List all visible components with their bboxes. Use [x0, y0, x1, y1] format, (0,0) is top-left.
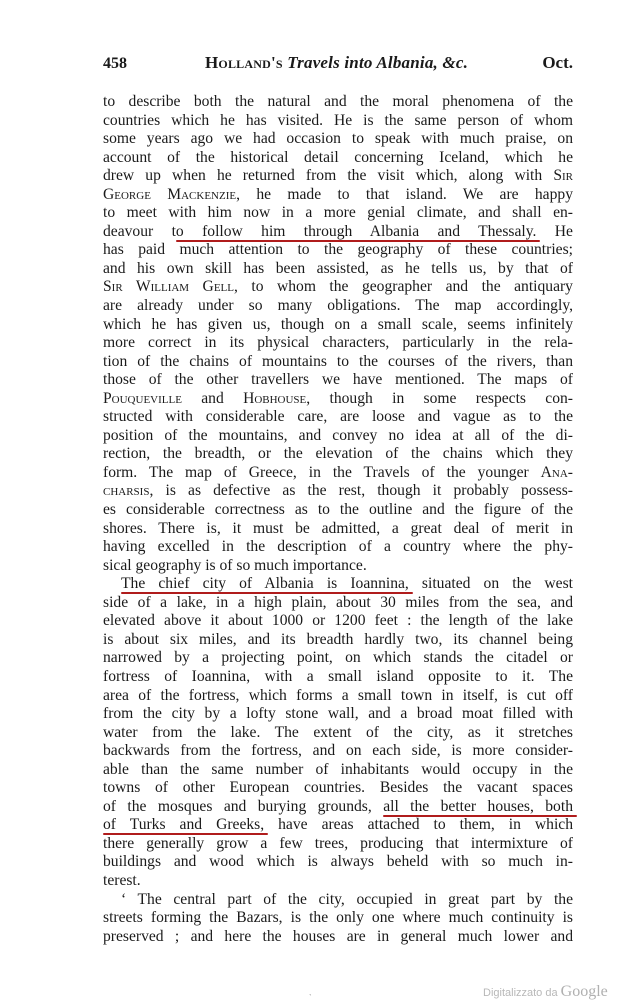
book-page: 458 Holland's Travels into Albania, &c. … [0, 0, 622, 1006]
text-segment: rection, the breadth, or the elevation o… [103, 445, 573, 462]
text-segment: has paid much attention to the geography… [103, 241, 573, 258]
text-segment: preserved ; and here the houses are in g… [103, 928, 573, 945]
text-segment: form. The map of Greece, in the Travels … [103, 464, 541, 481]
text-segment: of the mosques and burying grounds, [103, 798, 383, 815]
text-segment: countries which he has visited. He is th… [103, 112, 573, 129]
text-segment: towns of other European countries. Besid… [103, 779, 573, 796]
text-segment: terest. [103, 872, 141, 889]
text-segment: and his own skill has been assisted, as … [103, 260, 573, 277]
text-line: es considerable correctness as to the ou… [103, 501, 573, 520]
text-segment: He [536, 223, 573, 240]
text-segment: , to whom the geographer and the antiqua… [234, 278, 573, 295]
text-segment: ‘ The central part of the city, occupied… [121, 891, 573, 908]
text-segment: sical geography is of so much importance… [103, 557, 367, 574]
digitization-watermark: Digitalizzato da Google [483, 983, 608, 1001]
text-line: backwards from the fortress, and on each… [103, 742, 573, 761]
text-segment: situated on the west [409, 575, 573, 592]
highlighted-passage: The chief city of Albania is Ioannina, [121, 575, 409, 592]
text-line: deavour to follow him through Albania an… [103, 223, 573, 242]
running-title-author: Holland's [205, 53, 287, 72]
google-logo-text: Google [561, 983, 608, 1000]
text-segment: are already under so many obligations. T… [103, 297, 573, 314]
text-segment: structed with considerable care, are loo… [103, 408, 573, 425]
text-line: narrowed by a projecting point, on which… [103, 649, 573, 668]
text-line: preserved ; and here the houses are in g… [103, 928, 573, 947]
small-caps-name: George Mackenzie [103, 186, 236, 203]
text-line: buildings and wood which is always behel… [103, 853, 573, 872]
text-segment: have areas attached to them, in which [264, 816, 573, 833]
small-caps-name: Sir William Gell [103, 278, 234, 295]
text-segment: having excelled in the description of a … [103, 538, 573, 555]
text-segment: buildings and wood which is always behel… [103, 853, 573, 870]
text-line: and his own skill has been assisted, as … [103, 260, 573, 279]
text-line: are already under so many obligations. T… [103, 297, 573, 316]
text-segment: to describe both the natural and the mor… [103, 93, 573, 110]
text-line: account of the historical detail concern… [103, 149, 573, 168]
text-line: terest. [103, 872, 573, 891]
text-line: position of the mountains, and convey no… [103, 427, 573, 446]
text-segment: es considerable correctness as to the ou… [103, 501, 573, 518]
text-line: is about six miles, and its breadth hard… [103, 631, 573, 650]
text-segment: tion of the chains of mountains to the c… [103, 353, 573, 370]
text-line: having excelled in the description of a … [103, 538, 573, 557]
body-text: to describe both the natural and the mor… [103, 93, 573, 946]
text-line: elevated above it about 1000 or 1200 fee… [103, 612, 573, 631]
text-segment: narrowed by a projecting point, on which… [103, 649, 573, 666]
text-line: to meet with him now in a more genial cl… [103, 204, 573, 223]
text-line: Sir William Gell, to whom the geographer… [103, 278, 573, 297]
text-line: some years ago we had occasion to speak … [103, 130, 573, 149]
text-line: tion of the chains of mountains to the c… [103, 353, 573, 372]
highlighted-passage: o follow him through Albania and Thessal… [176, 223, 537, 240]
text-line: area of the fortress, which forms a smal… [103, 687, 573, 706]
text-segment: elevated above it about 1000 or 1200 fee… [103, 612, 573, 629]
text-line: shores. There is, it must be admitted, a… [103, 520, 573, 539]
text-segment: shores. There is, it must be admitted, a… [103, 520, 573, 537]
text-segment: which he has given us, though on a small… [103, 316, 573, 333]
text-segment: backwards from the fortress, and on each… [103, 742, 573, 759]
text-line: there generally grow a few trees, produc… [103, 835, 573, 854]
text-segment: , is as defective as the rest, though it… [149, 482, 573, 499]
text-segment: and [182, 390, 243, 407]
text-segment: fortress of Ioannina, with a small islan… [103, 668, 573, 685]
text-segment: side of a lake, in a high plain, about 3… [103, 594, 573, 611]
text-segment: there generally grow a few trees, produc… [103, 835, 573, 852]
text-segment: position of the mountains, and convey no… [103, 427, 573, 444]
text-line: those of the other travellers we have me… [103, 371, 573, 390]
text-line: water from the lake. The extent of the c… [103, 724, 573, 743]
text-line: of Turks and Greeks, have areas attached… [103, 816, 573, 835]
text-segment: , he made to that island. We are happy [236, 186, 573, 203]
text-line: towns of other European countries. Besid… [103, 779, 573, 798]
text-line: able than the same number of inhabitants… [103, 761, 573, 780]
text-line: sical geography is of so much importance… [103, 557, 573, 576]
text-segment: those of the other travellers we have me… [103, 371, 573, 388]
text-segment: more correct in its physical characters,… [103, 334, 573, 351]
text-line: side of a lake, in a high plain, about 3… [103, 594, 573, 613]
running-month: Oct. [542, 53, 573, 73]
text-line: ‘ The central part of the city, occupied… [103, 891, 573, 910]
small-caps-name: Ana- [541, 464, 573, 481]
text-line: drew up when he returned from the visit … [103, 167, 573, 186]
text-line: rection, the breadth, or the elevation o… [103, 445, 573, 464]
text-line: charsis, is as defective as the rest, th… [103, 482, 573, 501]
text-segment: , though in some respects con- [306, 390, 573, 407]
text-line: George Mackenzie, he made to that island… [103, 186, 573, 205]
text-line: fortress of Ioannina, with a small islan… [103, 668, 573, 687]
text-segment: water from the lake. The extent of the c… [103, 724, 573, 741]
text-segment: streets forming the Bazars, is the only … [103, 909, 573, 926]
highlighted-passage: of Turks and Greeks, [103, 816, 264, 833]
text-segment: from the city by a lofty stone wall, and… [103, 705, 573, 722]
text-segment: able than the same number of inhabitants… [103, 761, 573, 778]
text-line: countries which he has visited. He is th… [103, 112, 573, 131]
small-caps-name: Sir [553, 167, 573, 184]
text-line: The chief city of Albania is Ioannina, s… [103, 575, 573, 594]
text-segment: some years ago we had occasion to speak … [103, 130, 573, 147]
text-line: form. The map of Greece, in the Travels … [103, 464, 573, 483]
text-segment: is about six miles, and its breadth hard… [103, 631, 573, 648]
small-caps-name: Pouqueville [103, 390, 182, 407]
text-segment: area of the fortress, which forms a smal… [103, 687, 573, 704]
text-line: from the city by a lofty stone wall, and… [103, 705, 573, 724]
text-segment: deavour t [103, 223, 176, 240]
text-line: Pouqueville and Hobhouse, though in some… [103, 390, 573, 409]
text-line: has paid much attention to the geography… [103, 241, 573, 260]
text-segment: drew up when he returned from the visit … [103, 167, 553, 184]
page-number: 458 [103, 55, 127, 73]
scan-speck: ` [309, 993, 312, 1002]
text-line: of the mosques and burying grounds, all … [103, 798, 573, 817]
text-line: to describe both the natural and the mor… [103, 93, 573, 112]
highlighted-passage: all the better houses, both [383, 798, 573, 815]
text-segment: account of the historical detail concern… [103, 149, 573, 166]
text-line: more correct in its physical characters,… [103, 334, 573, 353]
small-caps-name: charsis [103, 482, 149, 499]
small-caps-name: Hobhouse [243, 390, 306, 407]
watermark-prefix: Digitalizzato da [483, 987, 561, 999]
running-title: Holland's Travels into Albania, &c. [205, 53, 468, 73]
text-line: which he has given us, though on a small… [103, 316, 573, 335]
text-line: streets forming the Bazars, is the only … [103, 909, 573, 928]
running-head: 458 Holland's Travels into Albania, &c. … [103, 53, 573, 77]
running-title-work: Travels into Albania, &c. [287, 53, 468, 72]
text-line: structed with considerable care, are loo… [103, 408, 573, 427]
text-segment: to meet with him now in a more genial cl… [103, 204, 573, 221]
